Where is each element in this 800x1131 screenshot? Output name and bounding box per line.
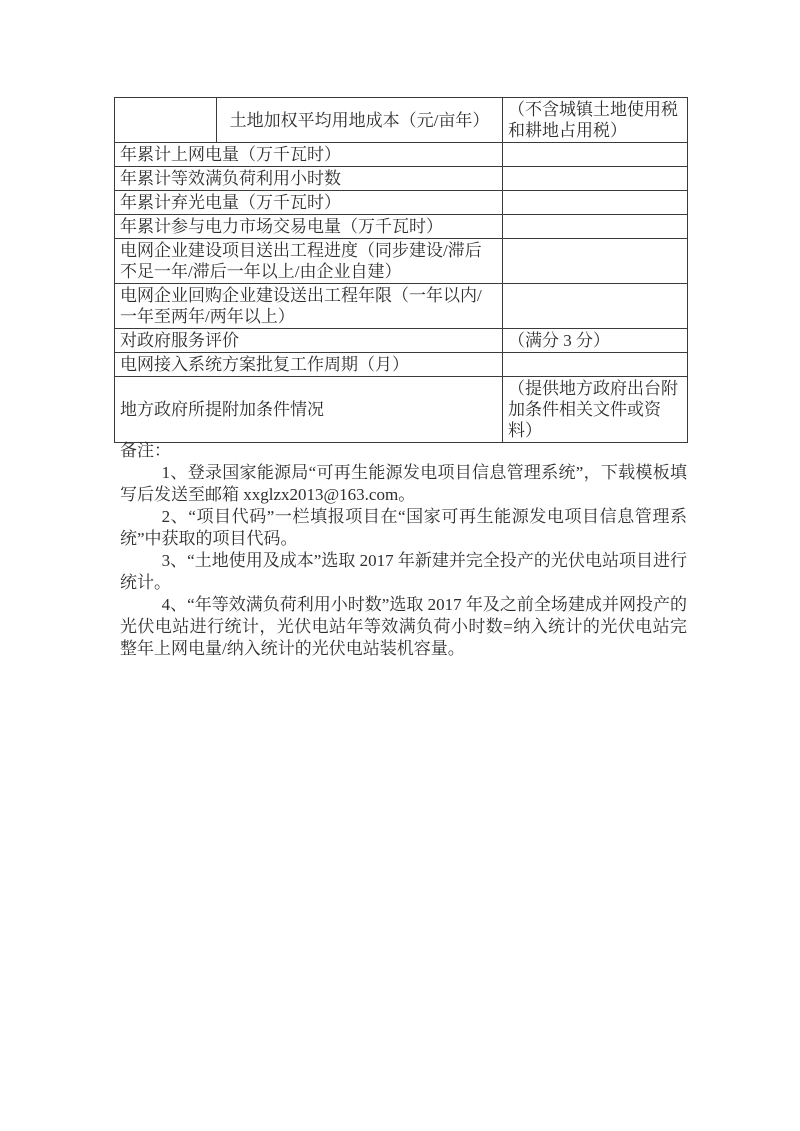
row-label-government-service-rating: 对政府服务评价 xyxy=(115,329,503,353)
row-label-market-traded-energy: 年累计参与电力市场交易电量（万千瓦时） xyxy=(115,215,503,239)
table-row: 电网接入系统方案批复工作周期（月） xyxy=(115,353,688,377)
note-item-4: 4、“年等效满负荷利用小时数”选取 2017 年及之前全场建成并网投产的光伏电站… xyxy=(120,594,687,660)
table-row: 土地加权平均用地成本（元/亩年） （不含城镇土地使用税和耕地占用税） xyxy=(115,98,688,143)
notes-section: 备注： 1、登录国家能源局“可再生能源发电项目信息管理系统”，下载模板填写后发送… xyxy=(120,440,687,660)
table-row: 地方政府所提附加条件情况 （提供地方政府出台附加条件相关文件或资料） xyxy=(115,377,688,443)
value-cell xyxy=(503,239,688,284)
empty-cell xyxy=(115,98,217,143)
table-row: 对政府服务评价 （满分 3 分） xyxy=(115,329,688,353)
table-row: 电网企业回购企业建设送出工程年限（一年以内/一年至两年/两年以上） xyxy=(115,284,688,329)
table-row: 年累计弃光电量（万千瓦时） xyxy=(115,191,688,215)
row-label-local-government-conditions: 地方政府所提附加条件情况 xyxy=(115,377,503,443)
note-item-2: 2、“项目代码”一栏填报项目在“国家可再生能源发电项目信息管理系统”中获取的项目… xyxy=(120,506,687,550)
scanned-document-page: 土地加权平均用地成本（元/亩年） （不含城镇土地使用税和耕地占用税） 年累计上网… xyxy=(0,0,800,1131)
notes-title: 备注： xyxy=(120,440,687,462)
row-label-curtailed-energy: 年累计弃光电量（万千瓦时） xyxy=(115,191,503,215)
row-label-grid-buyback-years: 电网企业回购企业建设送出工程年限（一年以内/一年至两年/两年以上） xyxy=(115,284,503,329)
row-label-full-load-hours: 年累计等效满负荷利用小时数 xyxy=(115,167,503,191)
row-note-land-cost: （不含城镇土地使用税和耕地占用税） xyxy=(503,98,688,143)
note-item-3: 3、“土地使用及成本”选取 2017 年新建并完全投产的光伏电站项目进行统计。 xyxy=(120,550,687,594)
value-cell xyxy=(503,284,688,329)
pv-project-statistics-table: 土地加权平均用地成本（元/亩年） （不含城镇土地使用税和耕地占用税） 年累计上网… xyxy=(114,97,688,443)
row-label-grid-approval-cycle: 电网接入系统方案批复工作周期（月） xyxy=(115,353,503,377)
row-label-land-cost: 土地加权平均用地成本（元/亩年） xyxy=(217,98,503,143)
note-item-1: 1、登录国家能源局“可再生能源发电项目信息管理系统”，下载模板填写后发送至邮箱 … xyxy=(120,462,687,506)
value-cell xyxy=(503,353,688,377)
row-label-grid-construction-progress: 电网企业建设项目送出工程进度（同步建设/滞后不足一年/滞后一年以上/由企业自建） xyxy=(115,239,503,284)
row-label-annual-grid-energy: 年累计上网电量（万千瓦时） xyxy=(115,143,503,167)
row-note-rating-scale: （满分 3 分） xyxy=(503,329,688,353)
value-cell xyxy=(503,191,688,215)
value-cell xyxy=(503,167,688,191)
value-cell xyxy=(503,143,688,167)
table-row: 年累计参与电力市场交易电量（万千瓦时） xyxy=(115,215,688,239)
row-note-conditions-docs: （提供地方政府出台附加条件相关文件或资料） xyxy=(503,377,688,443)
table-row: 年累计等效满负荷利用小时数 xyxy=(115,167,688,191)
value-cell xyxy=(503,215,688,239)
table-row: 年累计上网电量（万千瓦时） xyxy=(115,143,688,167)
table-row: 电网企业建设项目送出工程进度（同步建设/滞后不足一年/滞后一年以上/由企业自建） xyxy=(115,239,688,284)
